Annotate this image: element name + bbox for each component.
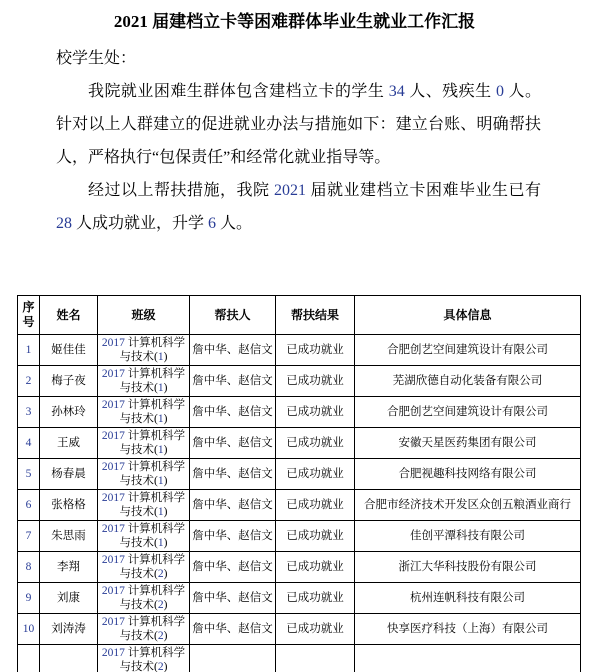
cell-name <box>40 645 98 672</box>
paragraph-results: 经过以上帮扶措施，我院 2021 届就业建档立卡困难毕业生已有 28 人成功就业… <box>56 174 541 240</box>
cell-serial: 6 <box>18 490 40 521</box>
cell-result: 已成功就业 <box>276 614 355 645</box>
cell-detail <box>355 645 581 672</box>
column-header-serial: 序号 <box>18 296 40 335</box>
cell-detail: 佳创平潭科技有限公司 <box>355 521 581 552</box>
cell-class: 2017 计算机科学与技术(2) <box>98 645 190 672</box>
cell-class: 2017 计算机科学与技术(1) <box>98 428 190 459</box>
salutation: 校学生处： <box>56 42 541 75</box>
cell-detail: 合肥创艺空间建筑设计有限公司 <box>355 397 581 428</box>
cell-result: 已成功就业 <box>276 428 355 459</box>
paragraph-measures: 我院就业困难生群体包含建档立卡的学生 34 人、残疾生 0 人。针对以上人群建立… <box>56 75 541 174</box>
cell-helper <box>190 645 276 672</box>
cell-name: 杨春晨 <box>40 459 98 490</box>
cell-serial <box>18 645 40 672</box>
support-table: 序号 姓名 班级 帮扶人 帮扶结果 具体信息 1 姬佳佳 2017 计算机科学与… <box>17 295 581 672</box>
column-header-result: 帮扶结果 <box>276 296 355 335</box>
column-header-helper: 帮扶人 <box>190 296 276 335</box>
cell-detail: 杭州连帆科技有限公司 <box>355 583 581 614</box>
cell-detail: 快享医疗科技（上海）有限公司 <box>355 614 581 645</box>
cell-result: 已成功就业 <box>276 335 355 366</box>
column-header-class: 班级 <box>98 296 190 335</box>
cell-class: 2017 计算机科学与技术(1) <box>98 366 190 397</box>
column-header-name: 姓名 <box>40 296 98 335</box>
cell-serial: 9 <box>18 583 40 614</box>
cell-helper: 詹中华、赵信文 <box>190 552 276 583</box>
table-row: 2 梅子夜 2017 计算机科学与技术(1) 詹中华、赵信文 已成功就业 芜湖欣… <box>18 366 581 397</box>
cell-helper: 詹中华、赵信文 <box>190 335 276 366</box>
cell-result: 已成功就业 <box>276 521 355 552</box>
cell-name: 朱思雨 <box>40 521 98 552</box>
cell-name: 姬佳佳 <box>40 335 98 366</box>
table-row: 6 张格格 2017 计算机科学与技术(1) 詹中华、赵信文 已成功就业 合肥市… <box>18 490 581 521</box>
cell-name: 梅子夜 <box>40 366 98 397</box>
table-row: 9 刘康 2017 计算机科学与技术(2) 詹中华、赵信文 已成功就业 杭州连帆… <box>18 583 581 614</box>
document-body: 校学生处： 我院就业困难生群体包含建档立卡的学生 34 人、残疾生 0 人。针对… <box>56 42 541 240</box>
cell-class: 2017 计算机科学与技术(1) <box>98 490 190 521</box>
cell-result: 已成功就业 <box>276 366 355 397</box>
cell-result: 已成功就业 <box>276 459 355 490</box>
cell-serial: 5 <box>18 459 40 490</box>
table-row: 7 朱思雨 2017 计算机科学与技术(1) 詹中华、赵信文 已成功就业 佳创平… <box>18 521 581 552</box>
cell-name: 刘涛涛 <box>40 614 98 645</box>
cell-serial: 3 <box>18 397 40 428</box>
cell-class: 2017 计算机科学与技术(1) <box>98 397 190 428</box>
document-page: 2021 届建档立卡等困难群体毕业生就业工作汇报 校学生处： 我院就业困难生群体… <box>0 0 589 672</box>
table-row: 5 杨春晨 2017 计算机科学与技术(1) 詹中华、赵信文 已成功就业 合肥视… <box>18 459 581 490</box>
table-header-row: 序号 姓名 班级 帮扶人 帮扶结果 具体信息 <box>18 296 581 335</box>
cell-result <box>276 645 355 672</box>
table-row: 3 孙林玲 2017 计算机科学与技术(1) 詹中华、赵信文 已成功就业 合肥创… <box>18 397 581 428</box>
cell-serial: 4 <box>18 428 40 459</box>
cell-class: 2017 计算机科学与技术(1) <box>98 459 190 490</box>
cell-helper: 詹中华、赵信文 <box>190 366 276 397</box>
table-row-partial: 2017 计算机科学与技术(2) <box>18 645 581 672</box>
cell-detail: 合肥市经济技术开发区众创五粮酒业商行 <box>355 490 581 521</box>
cell-serial: 2 <box>18 366 40 397</box>
cell-serial: 10 <box>18 614 40 645</box>
cell-serial: 1 <box>18 335 40 366</box>
cell-result: 已成功就业 <box>276 490 355 521</box>
cell-serial: 8 <box>18 552 40 583</box>
cell-helper: 詹中华、赵信文 <box>190 397 276 428</box>
table-body: 1 姬佳佳 2017 计算机科学与技术(1) 詹中华、赵信文 已成功就业 合肥创… <box>18 335 581 672</box>
cell-helper: 詹中华、赵信文 <box>190 583 276 614</box>
cell-helper: 詹中华、赵信文 <box>190 521 276 552</box>
cell-result: 已成功就业 <box>276 397 355 428</box>
cell-class: 2017 计算机科学与技术(2) <box>98 583 190 614</box>
cell-helper: 詹中华、赵信文 <box>190 459 276 490</box>
column-header-detail: 具体信息 <box>355 296 581 335</box>
cell-class: 2017 计算机科学与技术(2) <box>98 552 190 583</box>
cell-class: 2017 计算机科学与技术(1) <box>98 335 190 366</box>
cell-result: 已成功就业 <box>276 552 355 583</box>
cell-helper: 詹中华、赵信文 <box>190 614 276 645</box>
cell-detail: 安徽天星医药集团有限公司 <box>355 428 581 459</box>
cell-name: 李翔 <box>40 552 98 583</box>
cell-detail: 芜湖欣德自动化装备有限公司 <box>355 366 581 397</box>
cell-helper: 詹中华、赵信文 <box>190 428 276 459</box>
document-title: 2021 届建档立卡等困难群体毕业生就业工作汇报 <box>0 10 589 34</box>
cell-class: 2017 计算机科学与技术(2) <box>98 614 190 645</box>
cell-name: 刘康 <box>40 583 98 614</box>
cell-detail: 合肥创艺空间建筑设计有限公司 <box>355 335 581 366</box>
cell-result: 已成功就业 <box>276 583 355 614</box>
cell-serial: 7 <box>18 521 40 552</box>
table-row: 4 王威 2017 计算机科学与技术(1) 詹中华、赵信文 已成功就业 安徽天星… <box>18 428 581 459</box>
table-row: 10 刘涛涛 2017 计算机科学与技术(2) 詹中华、赵信文 已成功就业 快享… <box>18 614 581 645</box>
cell-name: 张格格 <box>40 490 98 521</box>
cell-helper: 詹中华、赵信文 <box>190 490 276 521</box>
cell-name: 孙林玲 <box>40 397 98 428</box>
table-row: 1 姬佳佳 2017 计算机科学与技术(1) 詹中华、赵信文 已成功就业 合肥创… <box>18 335 581 366</box>
cell-class: 2017 计算机科学与技术(1) <box>98 521 190 552</box>
cell-name: 王威 <box>40 428 98 459</box>
table-row: 8 李翔 2017 计算机科学与技术(2) 詹中华、赵信文 已成功就业 浙江大华… <box>18 552 581 583</box>
cell-detail: 合肥视趣科技网络有限公司 <box>355 459 581 490</box>
cell-detail: 浙江大华科技股份有限公司 <box>355 552 581 583</box>
